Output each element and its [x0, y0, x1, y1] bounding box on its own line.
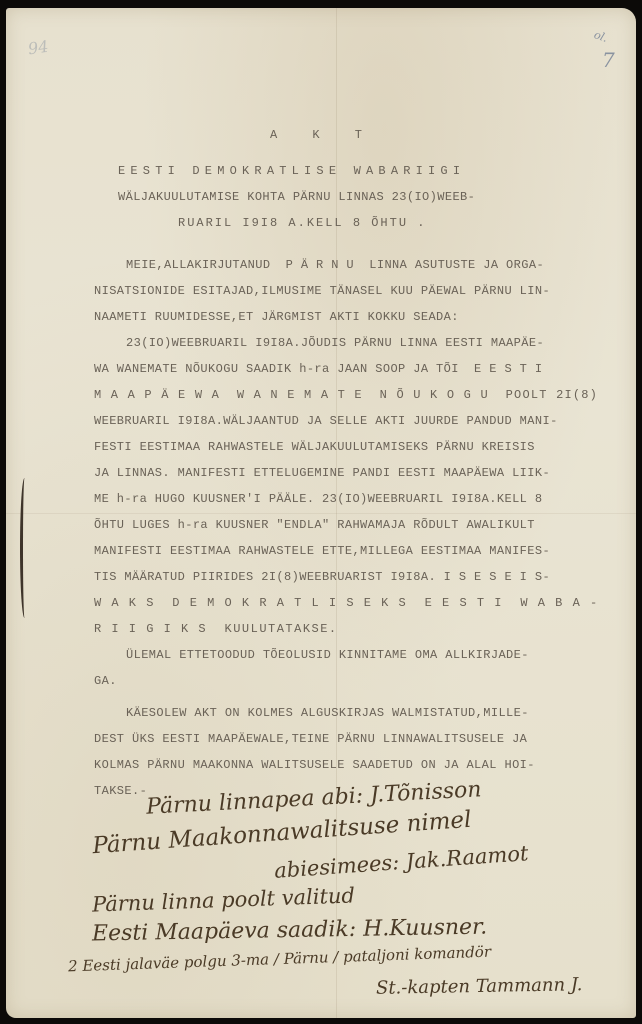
signature-elected-label: Pärnu linna poolt valitud: [92, 883, 356, 916]
body-line: R I I G I K S KUULUTATAKSE.: [94, 616, 338, 642]
body-line: ÕHTU LUGES h-ra KUUSNER "ENDLA" RAHWAMAJ…: [94, 512, 535, 538]
body-line: GA.: [94, 668, 117, 694]
subtitle-line-1: EESTI DEMOKRATLISE WABARIIGI: [118, 158, 465, 184]
body-line: ME h-ra HUGO KUUSNER'I PÄÄLE. 23(IO)WEEB…: [94, 486, 542, 512]
document-page: 94 ol. 7 A K T EESTI DEMOKRATLISE WABARI…: [6, 8, 636, 1018]
body-line: JA LINNAS. MANIFESTI ETTELUGEMINE PANDI …: [94, 460, 550, 486]
binding-cord: [20, 478, 29, 618]
body-line: MANIFESTI EESTIMAA RAHWASTELE ETTE,MILLE…: [94, 538, 550, 564]
body-line: MEIE,ALLAKIRJUTANUD P Ä R N U LINNA ASUT…: [126, 252, 544, 278]
archive-mark-top-left: 94: [27, 37, 50, 59]
body-line: WEEBRUARIL I9I8A.WÄLJAANTUD JA SELLE AKT…: [94, 408, 558, 434]
body-line: DEST ÜKS EESTI MAAPÄEWALE,TEINE PÄRNU LI…: [94, 726, 527, 752]
signature-battalion-label: 2 Eesti jalaväe polgu 3-ma / Pärnu / pat…: [68, 943, 491, 976]
subtitle-line-3: RUARIL I9I8 A.KELL 8 ÕHTU .: [178, 210, 426, 236]
document-title: A K T: [270, 128, 376, 142]
body-line: KOLMAS PÄRNU MAAKONNA WALITSUSELE SAADET…: [94, 752, 535, 778]
body-line: TIS MÄÄRATUD PIIRIDES 2I(8)WEEBRUARIST I…: [94, 564, 550, 590]
subtitle-line-2: WÄLJAKUULUTAMISE KOHTA PÄRNU LINNAS 23(I…: [118, 184, 475, 210]
body-line: KÄESOLEW AKT ON KOLMES ALGUSKIRJAS WALMI…: [126, 700, 529, 726]
signature-battalion-commander: St.-kapten Tammann J.: [376, 974, 583, 999]
body-line: TAKSE.-: [94, 778, 147, 804]
body-line: FESTI EESTIMAA RAHWASTELE WÄLJAKUULUTAMI…: [94, 434, 535, 460]
body-line: NAAMETI RUUMIDESSE,ET JÄRGMIST AKTI KOKK…: [94, 304, 459, 330]
archive-mark-folio-number: 7: [602, 48, 615, 72]
body-line: W A K S D E M O K R A T L I S E K S E E …: [94, 590, 599, 616]
archive-mark-folio-label: ol.: [592, 28, 609, 45]
signature-maapaev-delegate: Eesti Maapäeva saadik: H.Kuusner.: [92, 915, 488, 947]
body-line: 23(IO)WEEBRUARIL I9I8A.JÕUDIS PÄRNU LINN…: [126, 330, 544, 356]
signature-county-vice-chair: abiesimees: Jak.Raamot: [273, 841, 529, 883]
body-line: NISATSIONIDE ESITAJAD,ILMUSIME TÄNASEL K…: [94, 278, 550, 304]
body-line: M A A P Ä E W A W A N E M A T E N Õ U K …: [94, 382, 598, 408]
body-line: WA WANEMATE NÕUKOGU SAADIK h-ra JAAN SOO…: [94, 356, 542, 382]
body-line: ÜLEMAL ETTETOODUD TÕEOLUSID KINNITAME OM…: [126, 642, 529, 668]
